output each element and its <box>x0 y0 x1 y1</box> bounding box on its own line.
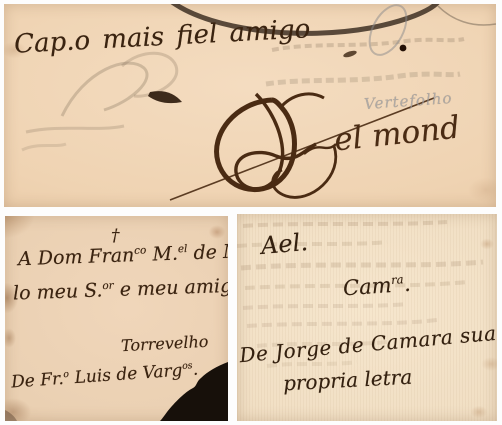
pencil-note: Vertefolho <box>363 89 453 113</box>
attribution-line-1: De Jorge de Camara sua <box>238 321 497 367</box>
sender-line: De Fr.o Luis de Vargos. <box>11 359 199 392</box>
annotation-ael: Ael. <box>260 228 309 260</box>
manuscript-scan-bottom-left: † A Dom Franco M.el de Mel lo meu S.or e… <box>5 216 228 421</box>
top-caption: Cap.o mais fiel amigo <box>13 14 311 59</box>
address-line-2-part: e meu amigo: & <box>113 273 228 301</box>
abbrev-part: Cam <box>342 273 392 300</box>
annotation-camara-abbrev: Camra. <box>342 272 411 301</box>
ink-dot <box>400 45 407 52</box>
address-line-2-part: lo meu S. <box>13 279 103 304</box>
sender-part: De Fr. <box>11 369 65 393</box>
bottom-left-stain <box>5 410 17 421</box>
small-ink-dash <box>343 49 358 58</box>
address-line-1-part: M. <box>146 243 178 266</box>
address-line-2: lo meu S.or e meu amigo: & <box>13 273 228 304</box>
attribution-line-2: propria letra <box>282 365 412 396</box>
address-abbrev: el <box>178 243 188 255</box>
abbrev-sup: ra <box>391 272 404 287</box>
bold-comma-stroke <box>148 91 182 103</box>
abbrev-part: . <box>403 272 411 296</box>
manuscript-scan-bottom-right: Ael. Camra. De Jorge de Camara sua propr… <box>237 214 497 421</box>
sender-part: Luis de Varg <box>69 361 184 389</box>
address-line-1-part: de Mel <box>187 240 228 265</box>
manuscript-collage: Cap.o mais fiel amigo Vertefolho el mond… <box>0 0 502 425</box>
address-line-1: A Dom Franco M.el de Mel <box>18 240 228 270</box>
place-name: Torrevelho <box>121 332 209 356</box>
pencil-oval-mark <box>362 4 414 61</box>
address-cross: † <box>111 226 120 246</box>
signature-text: el mond <box>332 110 461 159</box>
address-abbrev: or <box>102 280 114 292</box>
address-line-1-part: A Dom Fran <box>18 244 135 270</box>
manuscript-scan-top: Cap.o mais fiel amigo Vertefolho el mond <box>4 4 496 207</box>
address-abbrev: co <box>134 244 147 256</box>
sender-part: . <box>192 359 199 379</box>
